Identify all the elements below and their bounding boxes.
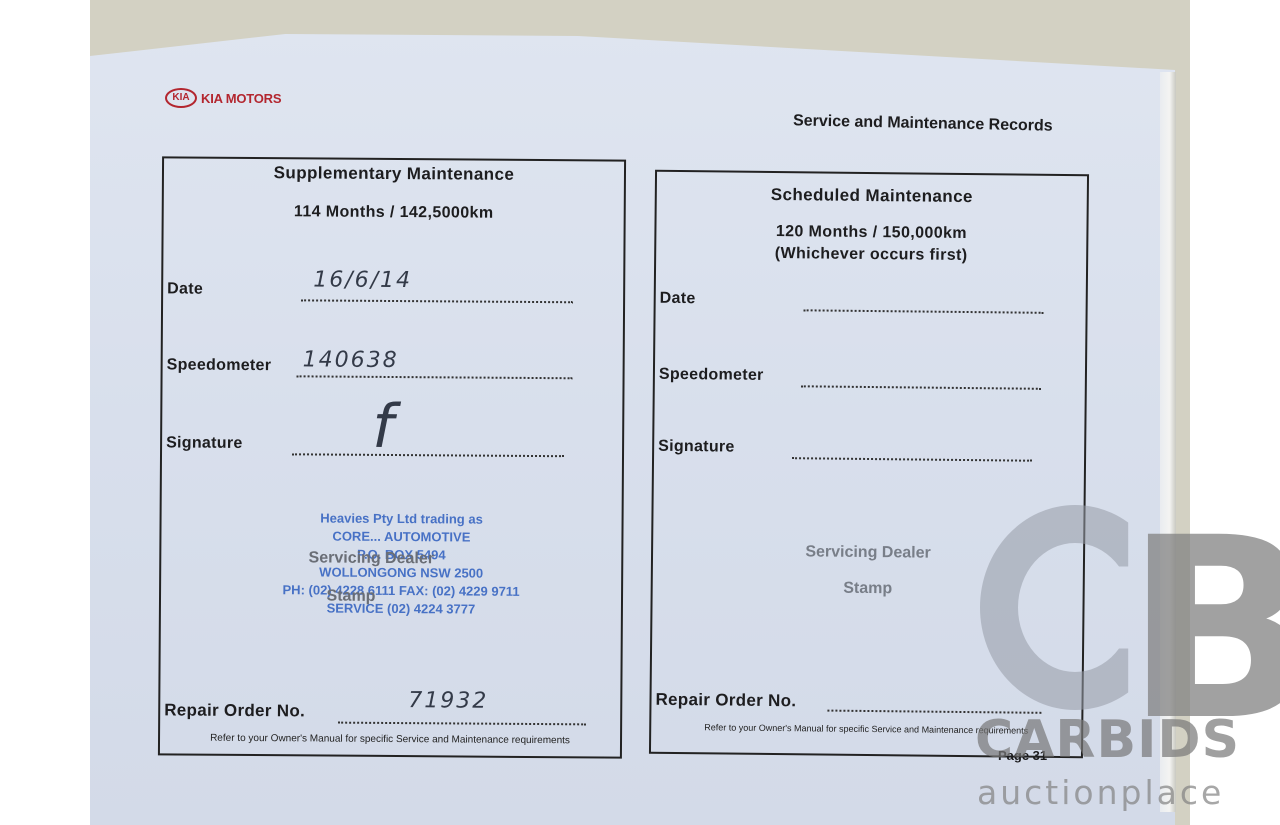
signature-label: Signature <box>166 434 243 453</box>
stamp-placeholder-sub: Stamp <box>653 578 1083 601</box>
form-title: Supplementary Maintenance <box>164 162 624 185</box>
kia-oval-icon: KIA <box>165 88 197 108</box>
form-footnote: Refer to your Owner's Manual for specifi… <box>651 722 1081 737</box>
signature-handwritten: f <box>372 392 396 462</box>
repair-order-field[interactable] <box>827 708 1041 714</box>
date-label: Date <box>167 280 203 298</box>
signature-field[interactable] <box>292 451 564 457</box>
repair-order-label: Repair Order No. <box>164 700 305 721</box>
stamp-line: Heavies Pty Ltd trading as <box>232 509 572 529</box>
form-interval: 120 Months / 150,000km <box>656 222 1086 245</box>
signature-label: Signature <box>658 438 735 457</box>
repair-order-label: Repair Order No. <box>655 690 796 711</box>
kia-logo: KIA KIA MOTORS <box>165 88 281 108</box>
brand-name: KIA MOTORS <box>201 91 281 106</box>
supplementary-maintenance-form: Supplementary Maintenance 114 Months / 1… <box>158 156 626 758</box>
date-handwritten: 16/6/14 <box>313 267 412 293</box>
date-label: Date <box>660 290 696 308</box>
stamp-placeholder-title: Servicing Dealer <box>141 548 601 569</box>
speedometer-label: Speedometer <box>659 366 764 385</box>
stamp-placeholder-title: Servicing Dealer <box>653 542 1083 565</box>
repair-order-field[interactable] <box>338 720 586 726</box>
speedometer-label: Speedometer <box>167 356 272 375</box>
speedometer-handwritten: 140638 <box>303 347 399 373</box>
form-interval-note: (Whichever occurs first) <box>656 244 1086 267</box>
signature-field[interactable] <box>792 455 1032 462</box>
date-field[interactable] <box>301 297 573 303</box>
stamp-placeholder-sub: Stamp <box>121 586 581 607</box>
date-field[interactable] <box>804 307 1044 314</box>
form-interval: 114 Months / 142,5000km <box>164 202 624 223</box>
form-title: Scheduled Maintenance <box>657 184 1087 209</box>
page-edge <box>1160 72 1176 812</box>
speedometer-field[interactable] <box>801 383 1041 390</box>
photo: KIA KIA MOTORS Service and Maintenance R… <box>90 0 1190 825</box>
stamp-line: CORE... AUTOMOTIVE <box>231 527 571 547</box>
form-footnote: Refer to your Owner's Manual for specifi… <box>160 732 620 746</box>
page-number: Page 31 <box>998 748 1047 763</box>
repair-order-handwritten: 71932 <box>408 688 488 714</box>
speedometer-field[interactable] <box>297 373 573 379</box>
scheduled-maintenance-form: Scheduled Maintenance 120 Months / 150,0… <box>649 170 1089 759</box>
